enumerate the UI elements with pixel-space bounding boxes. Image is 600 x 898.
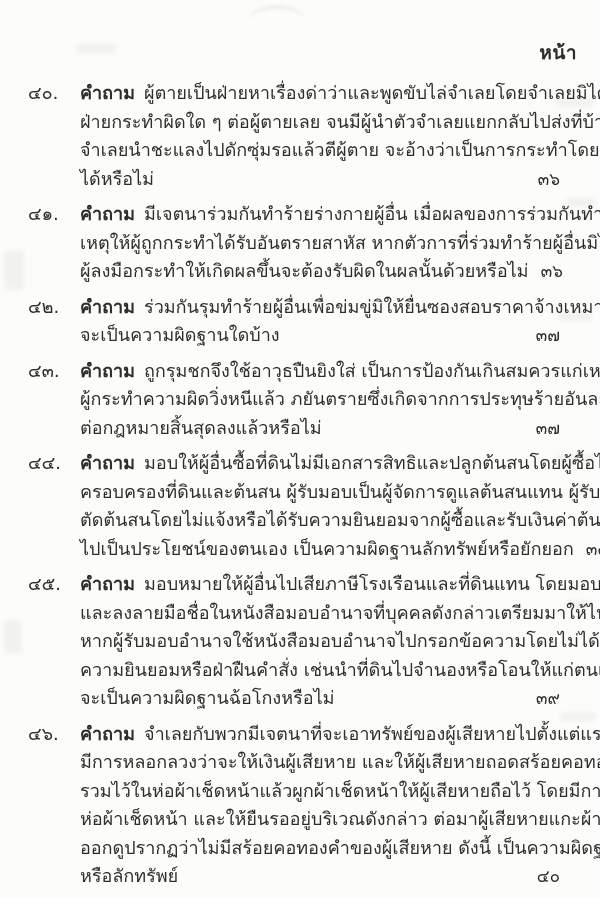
question-text: ผู้ลงมือกระทำให้เกิดผลขึ้นจะต้องรับผิดใน…	[80, 258, 529, 287]
page-number: ๓๗	[524, 322, 560, 351]
question-number: ๔๐.	[28, 80, 80, 194]
question-text: ร่วมกันรุมทำร้ายผู้อื่นเพื่อข่มขู่มิให้ย…	[144, 294, 600, 323]
question-number: ๔๔.	[28, 450, 80, 564]
question-text-line: หรือลักทรัพย์๔๐	[80, 863, 560, 892]
question-text: ไปเป็นประโยชน์ของตนเอง เป็นความผิดฐานลัก…	[80, 536, 574, 565]
question-text-line: ไปเป็นประโยชน์ของตนเอง เป็นความผิดฐานลัก…	[80, 536, 560, 565]
question-text-line: คำถามมอบหมายให้ผู้อื่นไปเสียภาษีโรงเรือน…	[80, 571, 560, 600]
question-text: ถูกรุมชกจึงใช้อาวุธปืนยิงใส่ เป็นการป้อง…	[144, 358, 600, 387]
question-text: มีการหลอกลวงว่าจะให้เงินผู้เสียหาย และให…	[80, 749, 600, 778]
question-body: คำถามมอบหมายให้ผู้อื่นไปเสียภาษีโรงเรือน…	[80, 571, 560, 714]
question-text: ได้หรือไม่	[80, 166, 154, 195]
question-text-line: ความยินยอมหรือฝ่าฝืนคำสั่ง เช่นนำที่ดินไ…	[80, 657, 560, 686]
question-label: คำถาม	[80, 450, 135, 479]
question-label: คำถาม	[80, 571, 135, 600]
question-label: คำถาม	[80, 721, 135, 750]
page-number: ๓๙	[524, 685, 560, 714]
question-text-line: จะเป็นความผิดฐานฉ้อโกงหรือไม่๓๙	[80, 685, 560, 714]
question-text: จำเลยนำชะแลงไปดักซุ่มรอแล้วตีผู้ตาย จะอ้…	[80, 137, 600, 166]
question-body: คำถามถูกรุมชกจึงใช้อาวุธปืนยิงใส่ เป็นกา…	[80, 358, 560, 444]
scan-swoosh-mark	[248, 6, 306, 22]
page-number: ๔๐	[525, 863, 560, 892]
question-text: และลงลายมือชื่อในหนังสือมอบอำนาจที่บุคคล…	[80, 600, 600, 629]
question-text-line: ผู้กระทำความผิดวิ่งหนีแล้ว ภยันตรายซึ่งเ…	[80, 386, 560, 415]
question-item: ๔๐. คำถามผู้ตายเป็นฝ่ายหาเรื่องด่าว่าและ…	[28, 80, 560, 194]
question-text: จะเป็นความผิดฐานฉ้อโกงหรือไม่	[80, 685, 335, 714]
question-number: ๔๒.	[28, 294, 80, 351]
question-text: ผู้ตายเป็นฝ่ายหาเรื่องด่าว่าและพูดขับไล่…	[144, 80, 600, 109]
question-text: ความยินยอมหรือฝ่าฝืนคำสั่ง เช่นนำที่ดินไ…	[80, 657, 600, 686]
question-text-line: คำถามมอบให้ผู้อื่นซื้อที่ดินไม่มีเอกสารส…	[80, 450, 560, 479]
question-text-line: ตัดต้นสนโดยไม่แจ้งหรือได้รับความยินยอมจา…	[80, 507, 560, 536]
question-index-list: ๔๐. คำถามผู้ตายเป็นฝ่ายหาเรื่องด่าว่าและ…	[28, 80, 560, 892]
question-item: ๔๔. คำถามมอบให้ผู้อื่นซื้อที่ดินไม่มีเอก…	[28, 450, 560, 564]
question-text: หรือลักทรัพย์	[80, 863, 178, 892]
question-body: คำถามมอบให้ผู้อื่นซื้อที่ดินไม่มีเอกสารส…	[80, 450, 560, 564]
question-text: เหตุให้ผู้ถูกกระทำได้รับอันตรายสาหัส หาก…	[80, 230, 600, 259]
question-text: จำเลยกับพวกมีเจตนาที่จะเอาทรัพย์ของผู้เส…	[144, 721, 600, 750]
bleed-through-artifact	[76, 44, 116, 54]
bleed-through-artifact	[4, 250, 24, 290]
question-text-line: จำเลยนำชะแลงไปดักซุ่มรอแล้วตีผู้ตาย จะอ้…	[80, 137, 560, 166]
question-text: ออกดูปรากฏว่าไม่มีสร้อยคอทองคำของผู้เสีย…	[80, 835, 600, 864]
question-text-line: คำถามมีเจตนาร่วมกันทำร้ายร่างกายผู้อื่น …	[80, 201, 560, 230]
question-text-line: ห่อผ้าเช็ดหน้า และให้ยืนรออยู่บริเวณดังก…	[80, 806, 560, 835]
question-item: ๔๓. คำถามถูกรุมชกจึงใช้อาวุธปืนยิงใส่ เป…	[28, 358, 560, 444]
question-number: ๔๕.	[28, 571, 80, 714]
page-number: ๓๗	[524, 415, 560, 444]
question-text: รวมไว้ในห่อผ้าเช็ดหน้าแล้วผูกผ้าเช็ดหน้า…	[80, 778, 600, 807]
page-number: ๓๖	[529, 258, 563, 287]
question-text-line: คำถามผู้ตายเป็นฝ่ายหาเรื่องด่าว่าและพูดข…	[80, 80, 560, 109]
question-text: มอบหมายให้ผู้อื่นไปเสียภาษีโรงเรือนและที…	[144, 571, 600, 600]
question-text-line: ออกดูปรากฏว่าไม่มีสร้อยคอทองคำของผู้เสีย…	[80, 835, 560, 864]
question-number: ๔๓.	[28, 358, 80, 444]
question-body: คำถามมีเจตนาร่วมกันทำร้ายร่างกายผู้อื่น …	[80, 201, 560, 287]
question-text: ครอบครองที่ดินและต้นสน ผู้รับมอบเป็นผู้จ…	[80, 479, 600, 508]
question-text-line: จะเป็นความผิดฐานใดบ้าง๓๗	[80, 322, 560, 351]
question-text-line: หากผู้รับมอบอำนาจใช้หนังสือมอบอำนาจไปกรอ…	[80, 628, 560, 657]
question-text: มอบให้ผู้อื่นซื้อที่ดินไม่มีเอกสารสิทธิแ…	[144, 450, 600, 479]
question-text: ตัดต้นสนโดยไม่แจ้งหรือได้รับความยินยอมจา…	[80, 507, 600, 536]
question-item: ๔๑. คำถามมีเจตนาร่วมกันทำร้ายร่างกายผู้อ…	[28, 201, 560, 287]
page-number: ๓๖	[526, 166, 560, 195]
question-body: คำถามจำเลยกับพวกมีเจตนาที่จะเอาทรัพย์ของ…	[80, 721, 560, 892]
question-text: ฝ่ายกระทำผิดใด ๆ ต่อผู้ตายเลย จนมีผู้นำต…	[80, 109, 600, 138]
question-text-line: ฝ่ายกระทำผิดใด ๆ ต่อผู้ตายเลย จนมีผู้นำต…	[80, 109, 560, 138]
question-number: ๔๑.	[28, 201, 80, 287]
question-text-line: คำถามจำเลยกับพวกมีเจตนาที่จะเอาทรัพย์ของ…	[80, 721, 560, 750]
question-text-line: และลงลายมือชื่อในหนังสือมอบอำนาจที่บุคคล…	[80, 600, 560, 629]
question-text: ผู้กระทำความผิดวิ่งหนีแล้ว ภยันตรายซึ่งเ…	[80, 386, 600, 415]
question-text-line: คำถามร่วมกันรุมทำร้ายผู้อื่นเพื่อข่มขู่ม…	[80, 294, 560, 323]
question-number: ๔๖.	[28, 721, 80, 892]
question-body: คำถามผู้ตายเป็นฝ่ายหาเรื่องด่าว่าและพูดข…	[80, 80, 560, 194]
question-item: ๔๖. คำถามจำเลยกับพวกมีเจตนาที่จะเอาทรัพย…	[28, 721, 560, 892]
question-text: หากผู้รับมอบอำนาจใช้หนังสือมอบอำนาจไปกรอ…	[80, 628, 600, 657]
question-label: คำถาม	[80, 358, 135, 387]
question-text-line: ต่อกฎหมายสิ้นสุดลงแล้วหรือไม่๓๗	[80, 415, 560, 444]
question-text: จะเป็นความผิดฐานใดบ้าง	[80, 322, 280, 351]
question-label: คำถาม	[80, 80, 135, 109]
question-text: ต่อกฎหมายสิ้นสุดลงแล้วหรือไม่	[80, 415, 322, 444]
question-body: คำถามร่วมกันรุมทำร้ายผู้อื่นเพื่อข่มขู่ม…	[80, 294, 560, 351]
question-text-line: เหตุให้ผู้ถูกกระทำได้รับอันตรายสาหัส หาก…	[80, 230, 560, 259]
question-text: มีเจตนาร่วมกันทำร้ายร่างกายผู้อื่น เมื่อ…	[144, 201, 600, 230]
question-text: ห่อผ้าเช็ดหน้า และให้ยืนรออยู่บริเวณดังก…	[80, 806, 600, 835]
question-item: ๔๒. คำถามร่วมกันรุมทำร้ายผู้อื่นเพื่อข่ม…	[28, 294, 560, 351]
question-text-line: ได้หรือไม่๓๖	[80, 166, 560, 195]
question-text-line: ครอบครองที่ดินและต้นสน ผู้รับมอบเป็นผู้จ…	[80, 479, 560, 508]
question-item: ๔๕. คำถามมอบหมายให้ผู้อื่นไปเสียภาษีโรงเ…	[28, 571, 560, 714]
question-label: คำถาม	[80, 294, 135, 323]
page-number: ๓๘	[574, 536, 600, 565]
question-text-line: ผู้ลงมือกระทำให้เกิดผลขึ้นจะต้องรับผิดใน…	[80, 258, 560, 287]
page-column-header: หน้า	[539, 38, 577, 68]
question-text-line: คำถามถูกรุมชกจึงใช้อาวุธปืนยิงใส่ เป็นกา…	[80, 358, 560, 387]
question-text-line: รวมไว้ในห่อผ้าเช็ดหน้าแล้วผูกผ้าเช็ดหน้า…	[80, 778, 560, 807]
bleed-through-artifact	[4, 620, 22, 654]
question-text-line: มีการหลอกลวงว่าจะให้เงินผู้เสียหาย และให…	[80, 749, 560, 778]
question-label: คำถาม	[80, 201, 135, 230]
